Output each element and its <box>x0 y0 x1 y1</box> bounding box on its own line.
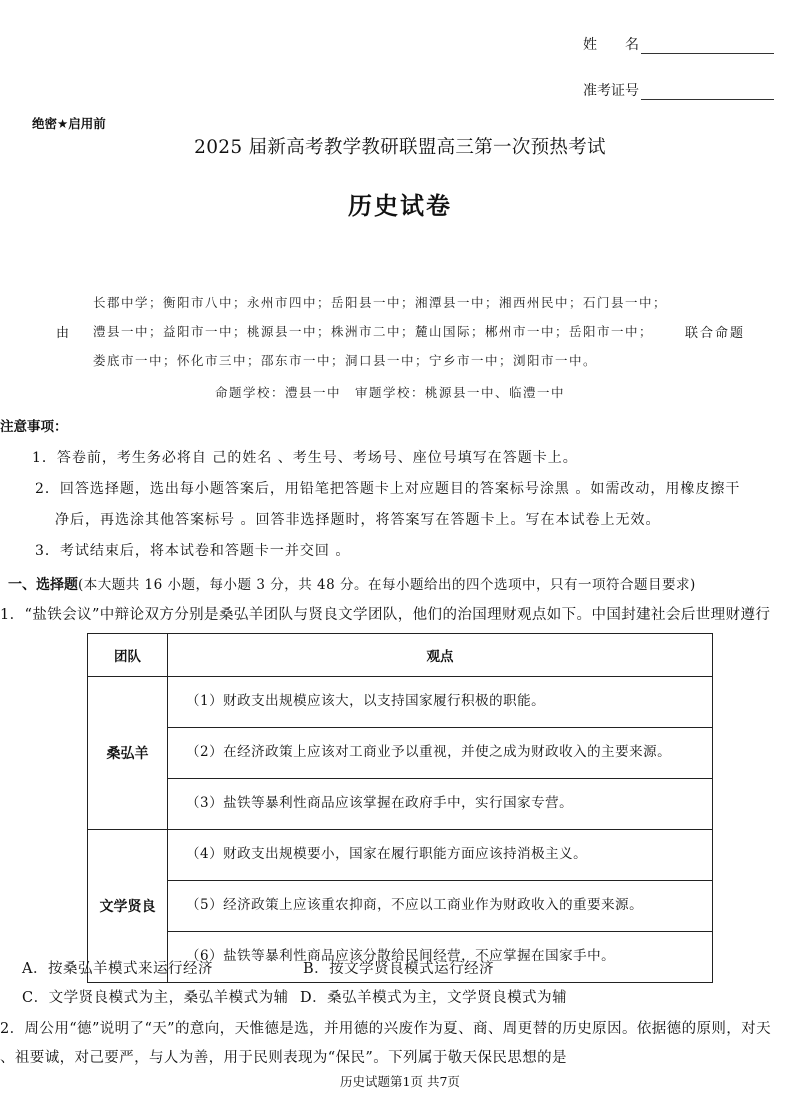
setter-schools: 命题学校：澧县一中 审题学校：桃源县一中、临澧一中 <box>215 383 565 401</box>
schools-line-3: 娄底市一中；怀化市三中；邵东市一中；洞口县一中；宁乡市一中；浏阳市一中。 <box>93 351 597 369</box>
table-row: 文学贤良 （4）财政支出规模要小，国家在履行职能方面应该持消极主义。 <box>88 830 713 881</box>
schools-line-1: 长郡中学；衡阳市八中；永州市四中；岳阳县一中；湘潭县一中；湘西州民中；石门县一中… <box>93 293 667 311</box>
viewpoints-table: 团队 观点 桑弘羊 （1）财政支出规模应该大，以支持国家履行积极的职能。 （2）… <box>87 633 713 983</box>
schools-by: 由 <box>56 322 69 341</box>
notice-item-3: 3．考试结束后，将本试卷和答题卡一并交回 。 <box>35 540 350 560</box>
notice-item-2: 2．回答选择题，选出每小题答案后，用铅笔把答题卡上对应题目的答案标号涂黑 。如需… <box>35 478 740 498</box>
table-row: （5）经济政策上应该重农抑商，不应以工商业作为财政收入的重要来源。 <box>88 881 713 932</box>
exam-id-field[interactable]: 准考证号 <box>583 80 774 100</box>
team-cell: 桑弘羊 <box>88 677 168 830</box>
confidential-mark: 绝密★启用前 <box>32 114 106 132</box>
section-heading: 一、选择题(本大题共 16 小题，每小题 3 分，共 48 分。在每小题给出的四… <box>8 573 696 594</box>
name-label: 姓 名 <box>583 37 639 53</box>
name-blank[interactable] <box>641 39 774 54</box>
header-view: 观点 <box>168 634 713 677</box>
section-title: 一、选择题 <box>8 577 78 593</box>
table-row: （3）盐铁等暴利性商品应该掌握在政府手中，实行国家专营。 <box>88 779 713 830</box>
q1-option-c[interactable]: C．文学贤良模式为主，桑弘羊模式为辅 <box>22 986 289 1007</box>
joint-proposition: 联合命题 <box>685 322 745 341</box>
table-row: （2）在经济政策上应该对工商业予以重视，并使之成为财政收入的主要来源。 <box>88 728 713 779</box>
header-team: 团队 <box>88 634 168 677</box>
q2-stem-line-2: 、祖要诚，对己要严，与人为善，用于民则表现为“保民”。下列属于敬天保民思想的是 <box>0 1046 567 1067</box>
view-cell: （1）财政支出规模应该大，以支持国家履行积极的职能。 <box>168 677 713 728</box>
notice-title: 注意事项： <box>0 415 68 435</box>
schools-line-2: 澧县一中；益阳市一中；桃源县一中；株洲市二中；麓山国际；郴州市一中；岳阳市一中； <box>93 322 653 340</box>
q1-stem: 1．“盐铁会议”中辩论双方分别是桑弘羊团队与贤良文学团队，他们的治国理财观点如下… <box>0 603 770 624</box>
exam-id-blank[interactable] <box>641 85 774 100</box>
section-description: (本大题共 16 小题，每小题 3 分，共 48 分。在每小题给出的四个选项中，… <box>78 577 696 593</box>
table-header-row: 团队 观点 <box>88 634 713 677</box>
view-cell: （3）盐铁等暴利性商品应该掌握在政府手中，实行国家专营。 <box>168 779 713 830</box>
notice-item-1: 1．答卷前，考生务必将自 己的姓名 、考生号、考场号、座位号填写在答题卡上。 <box>32 447 578 467</box>
exam-title: 2025 届新高考教学教研联盟高三第一次预热考试 <box>0 133 800 159</box>
view-cell: （2）在经济政策上应该对工商业予以重视，并使之成为财政收入的主要来源。 <box>168 728 713 779</box>
view-cell: （5）经济政策上应该重农抑商，不应以工商业作为财政收入的重要来源。 <box>168 881 713 932</box>
name-field[interactable]: 姓 名 <box>583 34 774 54</box>
q1-option-d[interactable]: D．桑弘羊模式为主，文学贤良模式为辅 <box>300 986 567 1007</box>
table-row: 桑弘羊 （1）财政支出规模应该大，以支持国家履行积极的职能。 <box>88 677 713 728</box>
q2-stem-line-1: 2．周公用“德”说明了“天”的意向，天惟德是选，并用德的兴废作为夏、商、周更替的… <box>0 1017 771 1038</box>
notice-item-2-cont: 净后，再选涂其他答案标号 。回答非选择题时，将答案写在答题卡上。写在本试卷上无效… <box>55 509 660 529</box>
q1-option-b[interactable]: B．按文学贤良模式运行经济 <box>303 957 494 978</box>
page-footer: 历史试题第1页 共7页 <box>0 1072 800 1090</box>
q1-option-a[interactable]: A．按桑弘羊模式来运行经济 <box>22 957 213 978</box>
exam-id-label: 准考证号 <box>583 83 639 99</box>
subject-title: 历史试卷 <box>0 186 800 221</box>
view-cell: （4）财政支出规模要小，国家在履行职能方面应该持消极主义。 <box>168 830 713 881</box>
